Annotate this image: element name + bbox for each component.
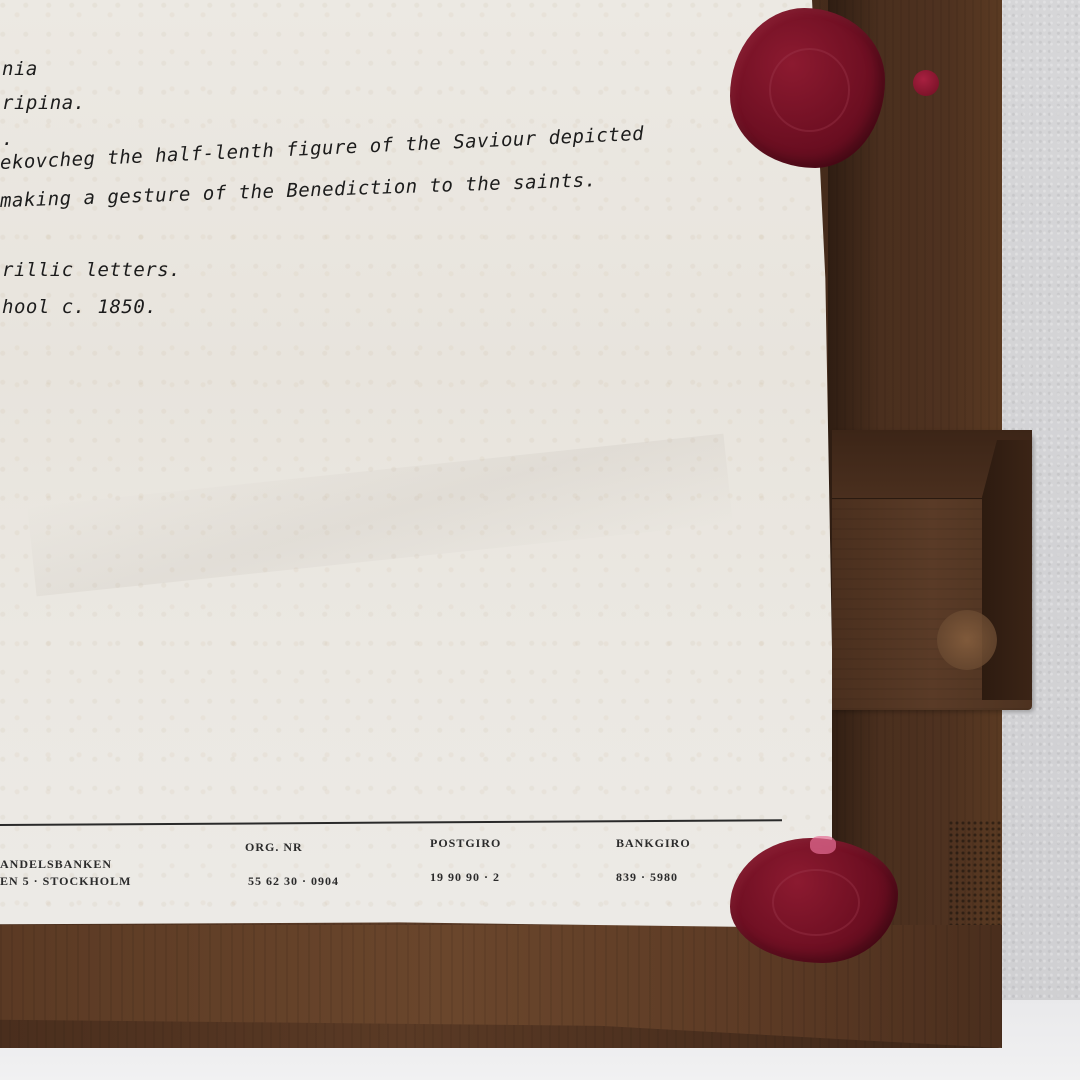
paper-smudge — [27, 434, 733, 597]
typed-line: ekovcheg the half-lenth figure of the Sa… — [0, 123, 645, 174]
postgiro-label: POSTGIRO — [430, 836, 501, 851]
seal-emboss — [772, 869, 860, 936]
wood-wormholes — [948, 820, 1002, 930]
batten-wood-stain — [937, 610, 997, 670]
bank-address: EN 5 · STOCKHOLM — [0, 874, 131, 889]
certificate-paper: nia ripina. . ekovcheg the half-lenth fi… — [0, 0, 832, 928]
batten-side-face — [982, 440, 1032, 700]
bankgiro-label: BANKGIRO — [616, 836, 691, 851]
seal-glare — [810, 836, 836, 854]
org-nr-label: ORG. NR — [245, 840, 303, 855]
typed-line: making a gesture of the Benediction to t… — [0, 169, 597, 212]
org-nr-value: 55 62 30 · 0904 — [248, 874, 339, 889]
typed-line: ripina. — [2, 92, 86, 114]
wax-drop — [913, 70, 939, 96]
wax-seal-bottom — [730, 838, 898, 963]
typed-line: hool c. 1850. — [2, 296, 157, 318]
postgiro-value: 19 90 90 · 2 — [430, 870, 500, 885]
typed-line: . — [2, 128, 14, 150]
wax-seal-top — [730, 8, 885, 168]
bankgiro-value: 839 · 5980 — [616, 870, 678, 885]
bank-name: ANDELSBANKEN — [0, 857, 112, 872]
seal-emboss — [769, 48, 851, 132]
typed-line: rillic letters. — [2, 259, 181, 281]
letterhead-divider — [0, 819, 782, 826]
wooden-cross-batten — [832, 430, 1032, 710]
typed-line: nia — [2, 58, 38, 80]
